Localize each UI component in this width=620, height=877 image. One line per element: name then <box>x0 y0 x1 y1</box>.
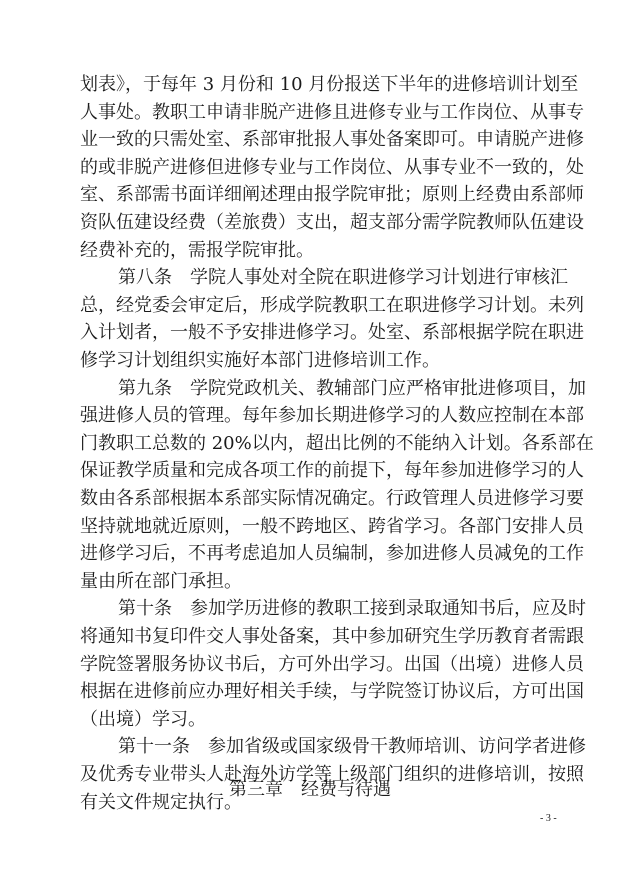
text-line: 修学习计划组织实施好本部门进修培训工作。 <box>80 347 550 375</box>
text-line: 根据在进修前应办理好相关手续，与学院签订协议后，方可出国 <box>80 678 550 706</box>
text-line: 门教职工总数的 20%以内，超出比例的不能纳入计划。各系部在 <box>80 430 550 458</box>
text-line: 保证教学质量和完成各项工作的前提下，每年参加进修学习的人 <box>80 457 550 485</box>
document-page: 划表》，于每年 3 月份和 10 月份报送下半年的进修培训计划至人事处。教职工申… <box>0 0 620 877</box>
text-line: （出境）学习。 <box>80 706 550 734</box>
text-line: 业一致的只需处室、系部审批报人事处备案即可。申请脱产进修 <box>80 126 550 154</box>
text-line: 入计划者，一般不予安排进修学习。处室、系部根据学院在职进 <box>80 319 550 347</box>
text-line: 总，经党委会审定后，形成学院教职工在职进修学习计划。未列 <box>80 292 550 320</box>
text-line: 划表》，于每年 3 月份和 10 月份报送下半年的进修培训计划至 <box>80 71 550 99</box>
text-line: 坚持就地就近原则，一般不跨地区、跨省学习。各部门安排人员 <box>80 513 550 541</box>
text-line: 学院签署服务协议书后，方可外出学习。出国（出境）进修人员 <box>80 651 550 679</box>
text-line: 数由各系部根据本系部实际情况确定。行政管理人员进修学习要 <box>80 485 550 513</box>
chapter-heading: 第三章 经费与待遇 <box>0 776 620 804</box>
page-number: - 3 - <box>540 812 557 826</box>
text-line: 室、系部需书面详细阐述理由报学院审批；原则上经费由系部师 <box>80 181 550 209</box>
article-first-line: 第十条 参加学历进修的教职工接到录取通知书后，应及时 <box>118 595 550 623</box>
text-line: 的或非脱产进修但进修专业与工作岗位、从事专业不一致的，处 <box>80 154 550 182</box>
text-line: 进修学习后，不再考虑追加人员编制，参加进修人员减免的工作 <box>80 540 550 568</box>
article-first-line: 第八条 学院人事处对全院在职进修学习计划进行审核汇 <box>118 264 550 292</box>
text-line: 人事处。教职工申请非脱产进修且进修专业与工作岗位、从事专 <box>80 99 550 127</box>
text-line: 量由所在部门承担。 <box>80 568 550 596</box>
text-line: 资队伍建设经费（差旅费）支出，超支部分需学院教师队伍建设 <box>80 209 550 237</box>
article-first-line: 第九条 学院党政机关、教辅部门应严格审批进修项目，加 <box>118 375 550 403</box>
article-first-line: 第十一条 参加省级或国家级骨干教师培训、访问学者进修 <box>118 733 550 761</box>
text-line: 经费补充的，需报学院审批。 <box>80 237 550 265</box>
text-line: 强进修人员的管理。每年参加长期进修学习的人数应控制在本部 <box>80 402 550 430</box>
text-line: 将通知书复印件交人事处备案，其中参加研究生学历教育者需跟 <box>80 623 550 651</box>
